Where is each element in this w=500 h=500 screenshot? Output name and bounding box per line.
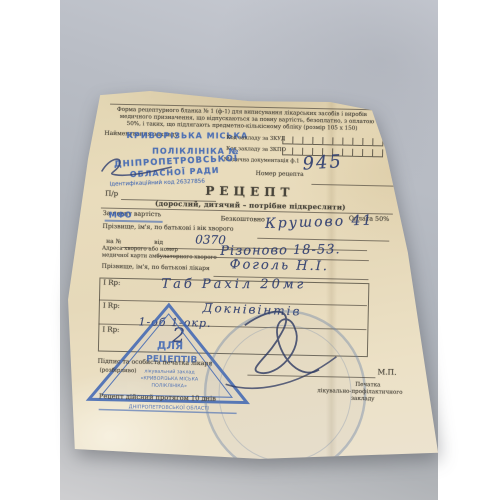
table-surface: Форма рецептурного бланка № 1 (ф-1) для …: [60, 0, 438, 500]
zkud-label: Код закладу за ЗКУД: [226, 135, 285, 142]
patient-rule: [257, 238, 389, 242]
rp-label-1: I Rp:: [103, 280, 120, 288]
doctor-signature: [216, 298, 350, 399]
photo-page: Форма рецептурного бланка № 1 (ф-1) для …: [0, 0, 500, 500]
rp1-value: Таб Рахіл 20мг: [161, 278, 306, 292]
facility-stamp-label-line3: закладу: [351, 396, 375, 402]
doctor-label: Прізвище, ім'я, по батькові лікаря: [102, 264, 210, 273]
form-title: РЕЦЕПТ: [205, 185, 294, 199]
prescription-form: Форма рецептурного бланка № 1 (ф-1) для …: [58, 87, 444, 473]
pen-squiggle: [95, 153, 176, 181]
pr-label: П/р: [105, 191, 118, 199]
doctor-value: Фоголь Н.І.: [230, 258, 330, 274]
triangle-stamp-small2: «КРИВОРІЗЬКА МІСЬКА: [140, 375, 198, 382]
recipe-number-rule: [311, 184, 393, 187]
address-value: Різоново 18-53.: [220, 243, 341, 258]
paper-shadow: Форма рецептурного бланка № 1 (ф-1) для …: [60, 0, 438, 500]
triangle-stamp-small3: ПОЛІКЛІНІКА»: [151, 383, 187, 390]
recipe-number-value: 945: [302, 153, 344, 175]
patient-value: Крушово 41: [265, 214, 374, 232]
patient-label: Прізвище, ім'я, по батькові і вік хворог…: [102, 224, 233, 233]
free-label: Безкоштовно: [221, 216, 265, 224]
zkud-code-boxes: [282, 136, 383, 146]
prescription-paper: Форма рецептурного бланка № 1 (ф-1) для …: [65, 88, 443, 466]
mp-label: М.П.: [377, 368, 396, 376]
triangle-stamp-line1: ДЛЯ: [157, 340, 183, 353]
recipe-number-label: Номер рецепта: [256, 171, 304, 178]
signature-label-2: (розбірливо): [99, 368, 136, 375]
